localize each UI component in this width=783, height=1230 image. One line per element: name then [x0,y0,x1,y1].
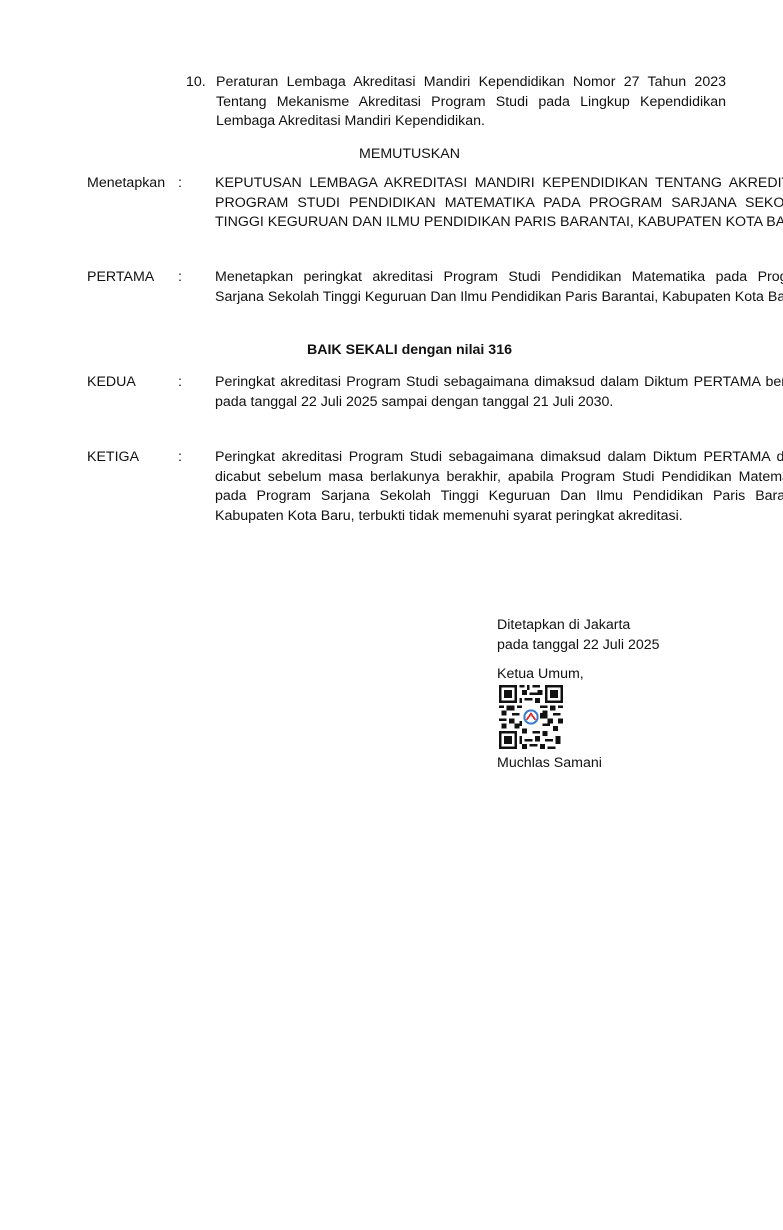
signature-block: Ditetapkan di Jakarta pada tanggal 22 Ju… [497,616,747,685]
signature-date: pada tanggal 22 Juli 2025 [497,636,747,656]
signer-name: Muchlas Samani [497,754,602,774]
signature-position: Ketua Umum, [497,665,747,685]
accreditation-result: BAIK SEKALI dengan nilai 316 [18,341,783,361]
consideration-item-10: 10. Peraturan Lembaga Akreditasi Mandiri… [186,73,726,132]
clause-label: KETIGA [87,448,139,468]
decision-heading: MEMUTUSKAN [18,145,783,165]
clause-label: Menetapkan [87,174,165,194]
signature-place: Ditetapkan di Jakarta [497,616,747,636]
clause-colon: : [178,448,182,468]
clause-text: Peringkat akreditasi Program Studi sebag… [215,448,783,526]
clause-label: PERTAMA [87,268,154,288]
clause-text: KEPUTUSAN LEMBAGA AKREDITASI MANDIRI KEP… [215,174,783,233]
clause-label: KEDUA [87,373,136,393]
consideration-number: 10. [186,73,206,93]
clause-text: Menetapkan peringkat akreditasi Program … [215,268,783,307]
consideration-text: Peraturan Lembaga Akreditasi Mandiri Kep… [216,73,726,132]
qr-code-icon [499,685,563,749]
clause-colon: : [178,373,182,393]
clause-colon: : [178,268,182,288]
document-page: 10. Peraturan Lembaga Akreditasi Mandiri… [0,0,783,1230]
clause-colon: : [178,174,182,194]
clause-text: Peringkat akreditasi Program Studi sebag… [215,373,783,412]
